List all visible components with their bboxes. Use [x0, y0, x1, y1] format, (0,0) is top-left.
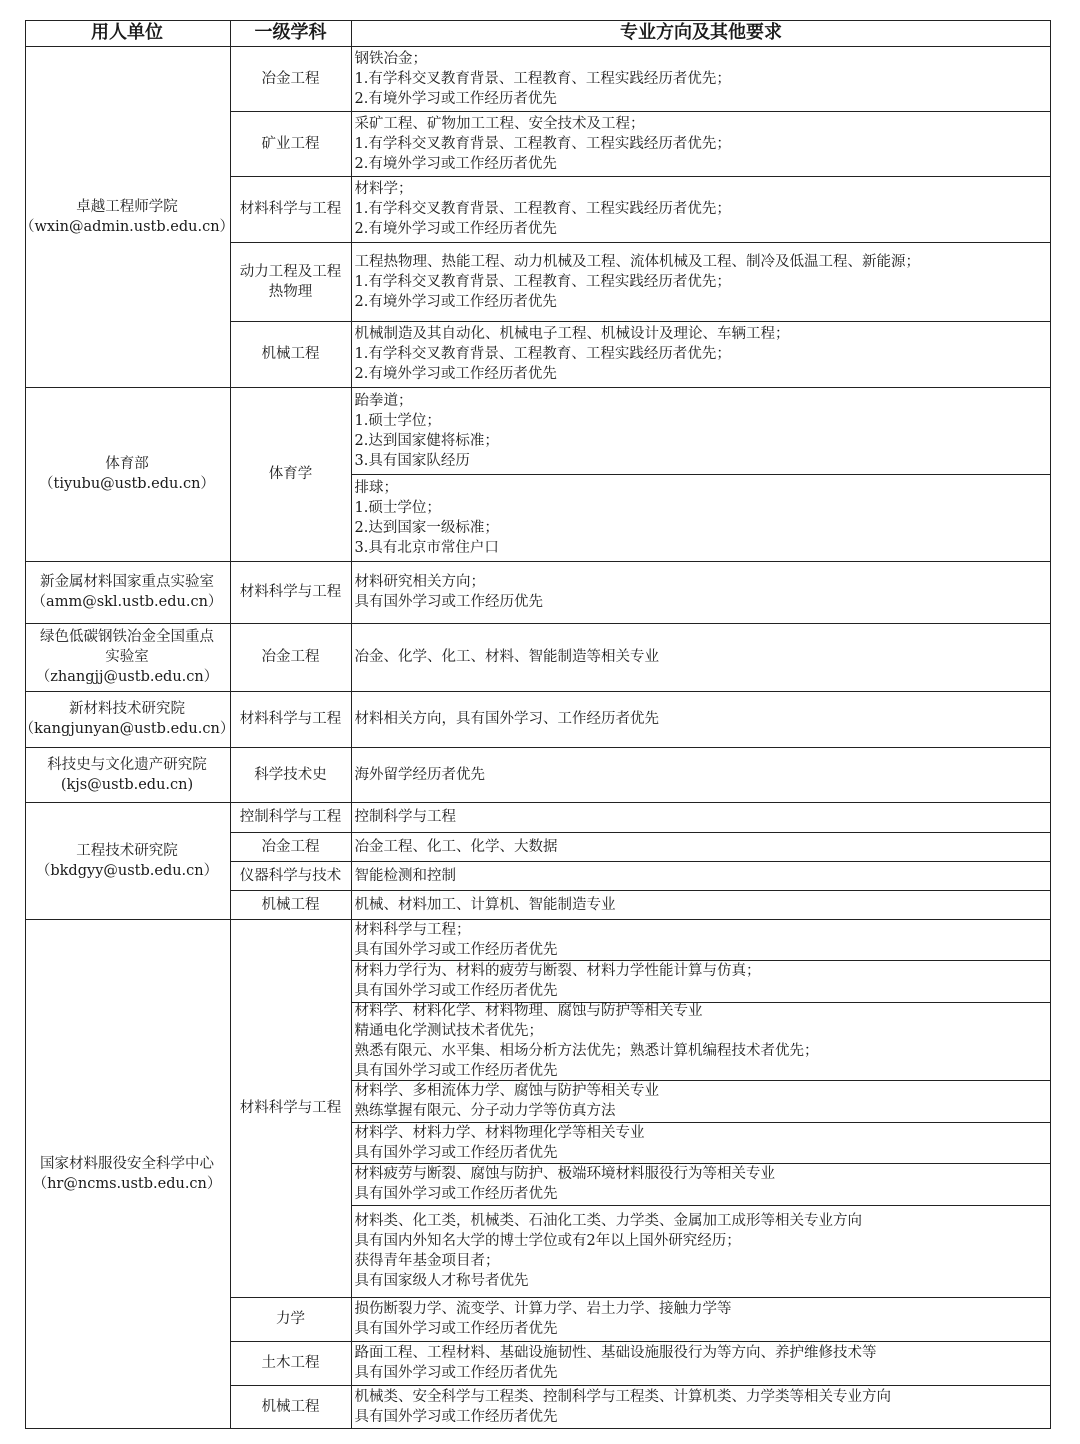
- cell-text: 2.达到国家一级标准；: [355, 518, 1051, 538]
- cell-text: 材料学、材料化学、材料物理、腐蚀与防护等相关专业: [355, 1003, 1051, 1022]
- cell-text: 熟练掌握有限元、分子动力学等仿真方法: [355, 1101, 1051, 1121]
- unit-cell: 卓越工程师学院（wxin@admin.ustb.edu.cn）: [25, 47, 231, 388]
- cell-text: 材料研究相关方向；: [355, 572, 1051, 592]
- cell-text: （bkdgyy@ustb.edu.cn）: [36, 861, 218, 881]
- cell-text: 材料科学与工程；: [355, 920, 1051, 940]
- cell-text: 1.有学科交叉教育背景、工程教育、工程实践经历者优先；: [355, 344, 1051, 364]
- discipline-cell: 机械工程: [231, 322, 352, 388]
- requirement-cell: 路面工程、工程材料、基础设施韧性、基础设施服役行为等方向、养护维修技术等具有国外…: [352, 1342, 1051, 1386]
- cell-text: 机械、材料加工、计算机、智能制造专业: [355, 895, 1051, 915]
- cell-text: 精通电化学测试技术者优先；: [355, 1021, 1051, 1041]
- cell-text: 工程热物理、热能工程、动力机械及工程、流体机械及工程、制冷及低温工程、新能源；: [355, 252, 1051, 272]
- discipline-cell: 材料科学与工程: [231, 562, 352, 624]
- cell-text: 具有国外学习或工作经历者优先: [355, 1319, 1051, 1339]
- cell-text: 冶金、化学、化工、材料、智能制造等相关专业: [355, 647, 1051, 667]
- requirement-cell: 跆拳道；1.硕士学位；2.达到国家健将标准；3.具有国家队经历: [352, 388, 1051, 475]
- cell-text: 1.有学科交叉教育背景、工程教育、工程实践经历者优先；: [355, 134, 1051, 154]
- cell-text: 2.有境外学习或工作经历者优先: [355, 89, 1051, 109]
- cell-text: 热物理: [269, 282, 313, 302]
- cell-text: 钢铁冶金；: [355, 49, 1051, 69]
- cell-text: 材料学；: [355, 179, 1051, 199]
- cell-text: 采矿工程、矿物加工工程、安全技术及工程；: [355, 114, 1051, 134]
- cell-text: 材料科学与工程: [240, 582, 342, 602]
- cell-text: 材料疲劳与断裂、腐蚀与防护、极端环境材料服役行为等相关专业: [355, 1164, 1051, 1184]
- cell-text: 具有国外学习或工作经历者优先: [355, 1407, 1051, 1427]
- requirement-cell: 排球；1.硕士学位；2.达到国家一级标准；3.具有北京市常住户口: [352, 475, 1051, 562]
- requirement-cell: 材料研究相关方向；具有国外学习或工作经历优先: [352, 562, 1051, 624]
- cell-text: 控制科学与工程: [355, 807, 1051, 827]
- cell-text: 卓越工程师学院: [76, 197, 178, 217]
- requirement-cell: 机械类、安全科学与工程类、控制科学与工程类、计算机类、力学类等相关专业方向具有国…: [352, 1386, 1051, 1429]
- cell-text: 具有国外学习或工作经历优先: [355, 592, 1051, 612]
- cell-text: 路面工程、工程材料、基础设施韧性、基础设施服役行为等方向、养护维修技术等: [355, 1343, 1051, 1363]
- cell-text: 3.具有国家队经历: [355, 451, 1051, 471]
- header-requirements: 专业方向及其他要求: [352, 20, 1051, 47]
- cell-text: 土木工程: [262, 1353, 320, 1373]
- unit-cell: 新材料技术研究院（kangjunyan@ustb.edu.cn）: [25, 692, 231, 748]
- discipline-cell: 材料科学与工程: [231, 177, 352, 243]
- cell-text: 冶金工程、化工、化学、大数据: [355, 837, 1051, 857]
- header-discipline: 一级学科: [231, 20, 352, 47]
- discipline-cell: 力学: [231, 1298, 352, 1342]
- cell-text: 智能检测和控制: [355, 866, 1051, 886]
- requirement-cell: 机械、材料加工、计算机、智能制造专业: [352, 891, 1051, 920]
- discipline-cell: 体育学: [231, 388, 352, 562]
- cell-text: 材料科学与工程: [240, 199, 342, 219]
- cell-text: 一级学科: [255, 23, 327, 43]
- cell-text: 材料科学与工程: [240, 1098, 342, 1118]
- cell-text: 具有国外学习或工作经历者优先: [355, 1363, 1051, 1383]
- cell-text: 体育部: [105, 454, 149, 474]
- cell-text: 控制科学与工程: [240, 807, 342, 827]
- cell-text: 动力工程及工程: [240, 262, 342, 282]
- cell-text: 冶金工程: [262, 837, 320, 857]
- cell-text: 1.硕士学位；: [355, 411, 1051, 431]
- requirement-cell: 海外留学经历者优先: [352, 748, 1051, 803]
- cell-text: 材料力学行为、材料的疲劳与断裂、材料力学性能计算与仿真；: [355, 961, 1051, 981]
- cell-text: 专业方向及其他要求: [620, 23, 782, 43]
- unit-cell: 体育部（tiyubu@ustb.edu.cn）: [25, 388, 231, 562]
- cell-text: 机械制造及其自动化、机械电子工程、机械设计及理论、车辆工程；: [355, 324, 1051, 344]
- cell-text: （wxin@admin.ustb.edu.cn）: [25, 217, 231, 237]
- cell-text: （amm@skl.ustb.edu.cn）: [32, 592, 223, 612]
- recruitment-table: 用人单位一级学科专业方向及其他要求卓越工程师学院（wxin@admin.ustb…: [25, 20, 1051, 1429]
- discipline-cell: 机械工程: [231, 1386, 352, 1429]
- requirement-cell: 冶金工程、化工、化学、大数据: [352, 833, 1051, 862]
- unit-cell: 绿色低碳钢铁冶金全国重点实验室（zhangjj@ustb.edu.cn）: [25, 624, 231, 692]
- cell-text: 机械类、安全科学与工程类、控制科学与工程类、计算机类、力学类等相关专业方向: [355, 1387, 1051, 1407]
- cell-text: (kjs@ustb.edu.cn): [61, 775, 193, 795]
- cell-text: 具有国外学习或工作经历者优先: [355, 940, 1051, 960]
- unit-cell: 国家材料服役安全科学中心（hr@ncms.ustb.edu.cn）: [25, 920, 231, 1429]
- requirement-cell: 材料学、多相流体力学、腐蚀与防护等相关专业熟练掌握有限元、分子动力学等仿真方法: [352, 1081, 1051, 1123]
- discipline-cell: 冶金工程: [231, 47, 352, 112]
- cell-text: 科学技术史: [254, 765, 327, 785]
- cell-text: 材料学、材料力学、材料物理化学等相关专业: [355, 1123, 1051, 1143]
- discipline-cell: 材料科学与工程: [231, 692, 352, 748]
- cell-text: 冶金工程: [262, 647, 320, 667]
- discipline-cell: 动力工程及工程热物理: [231, 243, 352, 322]
- cell-text: 材料科学与工程: [240, 709, 342, 729]
- requirement-cell: 材料类、化工类，机械类、石油化工类、力学类、金属加工成形等相关专业方向具有国内外…: [352, 1206, 1051, 1298]
- requirement-cell: 材料学、材料化学、材料物理、腐蚀与防护等相关专业精通电化学测试技术者优先；熟悉有…: [352, 1003, 1051, 1081]
- discipline-cell: 土木工程: [231, 1342, 352, 1386]
- cell-text: 新金属材料国家重点实验室: [40, 572, 214, 592]
- cell-text: 用人单位: [91, 23, 163, 43]
- unit-cell: 科技史与文化遗产研究院(kjs@ustb.edu.cn): [25, 748, 231, 803]
- cell-text: 材料学、多相流体力学、腐蚀与防护等相关专业: [355, 1081, 1051, 1101]
- cell-text: 仪器科学与技术: [240, 866, 342, 886]
- cell-text: 获得青年基金项目者；: [355, 1251, 1051, 1271]
- cell-text: 损伤断裂力学、流变学、计算力学、岩土力学、接触力学等: [355, 1299, 1051, 1319]
- requirement-cell: 冶金、化学、化工、材料、智能制造等相关专业: [352, 624, 1051, 692]
- cell-text: 力学: [276, 1309, 305, 1329]
- cell-text: 2.有境外学习或工作经历者优先: [355, 292, 1051, 312]
- cell-text: （zhangjj@ustb.edu.cn）: [36, 667, 219, 687]
- requirement-cell: 采矿工程、矿物加工工程、安全技术及工程；1.有学科交叉教育背景、工程教育、工程实…: [352, 112, 1051, 177]
- requirement-cell: 材料疲劳与断裂、腐蚀与防护、极端环境材料服役行为等相关专业具有国外学习或工作经历…: [352, 1164, 1051, 1206]
- requirement-cell: 材料科学与工程；具有国外学习或工作经历者优先: [352, 920, 1051, 961]
- cell-text: 材料类、化工类，机械类、石油化工类、力学类、金属加工成形等相关专业方向: [355, 1211, 1051, 1231]
- requirement-cell: 材料相关方向，具有国外学习、工作经历者优先: [352, 692, 1051, 748]
- cell-text: 体育学: [269, 464, 313, 484]
- discipline-cell: 材料科学与工程: [231, 920, 352, 1298]
- unit-cell: 新金属材料国家重点实验室（amm@skl.ustb.edu.cn）: [25, 562, 231, 624]
- cell-text: 材料相关方向，具有国外学习、工作经历者优先: [355, 709, 1051, 729]
- cell-text: 具有国外学习或工作经历者优先: [355, 1184, 1051, 1204]
- cell-text: 具有国家级人才称号者优先: [355, 1271, 1051, 1291]
- requirement-cell: 工程热物理、热能工程、动力机械及工程、流体机械及工程、制冷及低温工程、新能源；1…: [352, 243, 1051, 322]
- cell-text: 国家材料服役安全科学中心: [40, 1154, 214, 1174]
- cell-text: 具有国外学习或工作经历者优先: [355, 1143, 1051, 1163]
- cell-text: 跆拳道；: [355, 391, 1051, 411]
- cell-text: 2.有境外学习或工作经历者优先: [355, 364, 1051, 384]
- cell-text: 冶金工程: [262, 69, 320, 89]
- cell-text: 机械工程: [262, 344, 320, 364]
- cell-text: 3.具有北京市常住户口: [355, 538, 1051, 558]
- cell-text: 2.达到国家健将标准；: [355, 431, 1051, 451]
- discipline-cell: 冶金工程: [231, 833, 352, 862]
- header-unit: 用人单位: [25, 20, 231, 47]
- discipline-cell: 机械工程: [231, 891, 352, 920]
- discipline-cell: 冶金工程: [231, 624, 352, 692]
- cell-text: 具有国外学习或工作经历者优先: [355, 1061, 1051, 1081]
- cell-text: 2.有境外学习或工作经历者优先: [355, 219, 1051, 239]
- cell-text: 实验室: [105, 647, 149, 667]
- cell-text: 矿业工程: [262, 134, 320, 154]
- cell-text: 绿色低碳钢铁冶金全国重点: [40, 627, 214, 647]
- cell-text: （tiyubu@ustb.edu.cn）: [39, 474, 215, 494]
- cell-text: 海外留学经历者优先: [355, 765, 1051, 785]
- cell-text: 排球；: [355, 478, 1051, 498]
- discipline-cell: 控制科学与工程: [231, 803, 352, 833]
- cell-text: 1.有学科交叉教育背景、工程教育、工程实践经历者优先；: [355, 69, 1051, 89]
- unit-cell: 工程技术研究院（bkdgyy@ustb.edu.cn）: [25, 803, 231, 920]
- cell-text: 1.硕士学位；: [355, 498, 1051, 518]
- requirement-cell: 材料学、材料力学、材料物理化学等相关专业具有国外学习或工作经历者优先: [352, 1123, 1051, 1164]
- cell-text: 具有国外学习或工作经历者优先: [355, 981, 1051, 1001]
- requirement-cell: 材料学；1.有学科交叉教育背景、工程教育、工程实践经历者优先；2.有境外学习或工…: [352, 177, 1051, 243]
- requirement-cell: 智能检测和控制: [352, 862, 1051, 891]
- requirement-cell: 钢铁冶金；1.有学科交叉教育背景、工程教育、工程实践经历者优先；2.有境外学习或…: [352, 47, 1051, 112]
- cell-text: 科技史与文化遗产研究院: [47, 755, 207, 775]
- cell-text: 新材料技术研究院: [69, 699, 185, 719]
- cell-text: 工程技术研究院: [76, 841, 178, 861]
- requirement-cell: 控制科学与工程: [352, 803, 1051, 833]
- requirement-cell: 材料力学行为、材料的疲劳与断裂、材料力学性能计算与仿真；具有国外学习或工作经历者…: [352, 961, 1051, 1003]
- discipline-cell: 仪器科学与技术: [231, 862, 352, 891]
- cell-text: （hr@ncms.ustb.edu.cn）: [33, 1174, 222, 1194]
- discipline-cell: 科学技术史: [231, 748, 352, 803]
- cell-text: 熟悉有限元、水平集、相场分析方法优先；熟悉计算机编程技术者优先；: [355, 1041, 1051, 1061]
- cell-text: 具有国内外知名大学的博士学位或有2年以上国外研究经历；: [355, 1231, 1051, 1251]
- discipline-cell: 矿业工程: [231, 112, 352, 177]
- cell-text: 1.有学科交叉教育背景、工程教育、工程实践经历者优先；: [355, 272, 1051, 292]
- cell-text: （kangjunyan@ustb.edu.cn）: [25, 719, 231, 739]
- cell-text: 2.有境外学习或工作经历者优先: [355, 154, 1051, 174]
- requirement-cell: 损伤断裂力学、流变学、计算力学、岩土力学、接触力学等具有国外学习或工作经历者优先: [352, 1298, 1051, 1342]
- cell-text: 1.有学科交叉教育背景、工程教育、工程实践经历者优先；: [355, 199, 1051, 219]
- cell-text: 机械工程: [262, 895, 320, 915]
- requirement-cell: 机械制造及其自动化、机械电子工程、机械设计及理论、车辆工程；1.有学科交叉教育背…: [352, 322, 1051, 388]
- cell-text: 机械工程: [262, 1397, 320, 1417]
